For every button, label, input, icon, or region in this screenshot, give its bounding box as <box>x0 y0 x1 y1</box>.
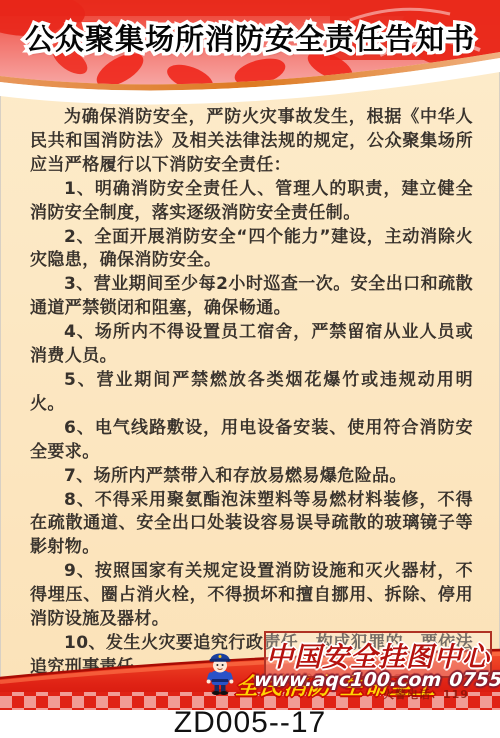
notice-item-7: 7、场所内严禁带入和存放易燃易爆危险品。 <box>30 465 473 489</box>
watermark-contact: www.aqc100.com0755-2766 8885 <box>253 669 500 691</box>
notice-item-1: 1、明确消防安全责任人、管理人的职责，建立健全消防安全制度，落实逐级消防安全责任… <box>30 178 473 226</box>
screenshot-stage: 公众聚集场所消防安全责任告知书 公众聚集场所消防安全责任告知书 为确保消防安全，… <box>0 0 500 738</box>
notice-item-8: 8、不得采用聚氨酯泡沫塑料等易燃材料装修，不得在疏散通道、安全出口处装设容易误导… <box>30 489 473 561</box>
watermark-phone: 0755-2766 8885 <box>449 669 500 691</box>
product-code: ZD005--17 <box>0 706 500 738</box>
poster-header: 公众聚集场所消防安全责任告知书 公众聚集场所消防安全责任告知书 <box>0 0 500 120</box>
poster-title-text: 公众聚集场所消防安全责任告知书 <box>0 13 500 65</box>
notice-item-9: 9、按照国家有关规定设置消防设施和灭火器材，不得埋压、圈占消火栓，不得损坏和擅自… <box>30 560 473 632</box>
firefighter-mascot <box>205 650 235 696</box>
poster-title: 公众聚集场所消防安全责任告知书 公众聚集场所消防安全责任告知书 <box>0 13 500 65</box>
notice-item-6: 6、电气线路敷设，用电设备安装、使用符合消防安全要求。 <box>30 417 473 465</box>
notice-body: 为确保消防安全，严防火灾事故发生，根据《中华人民共和国消防法》及相关法律法规的规… <box>0 98 500 680</box>
watermark-website: www.aqc100.com <box>253 669 442 691</box>
notice-item-4: 4、场所内不得设置员工宿舍，严禁留宿从业人员或消费人员。 <box>30 321 473 369</box>
notice-item-2: 2、全面开展消防安全“四个能力”建设，主动消除火灾隐患，确保消防安全。 <box>30 226 473 274</box>
notice-item-3: 3、营业期间至少每2小时巡查一次。安全出口和疏散通道严禁锁闭和阻塞，确保畅通。 <box>30 273 473 321</box>
fire-safety-poster: 公众聚集场所消防安全责任告知书 公众聚集场所消防安全责任告知书 为确保消防安全，… <box>0 0 500 710</box>
notice-item-5: 5、营业期间严禁燃放各类烟花爆竹或违规动用明火。 <box>30 369 473 417</box>
